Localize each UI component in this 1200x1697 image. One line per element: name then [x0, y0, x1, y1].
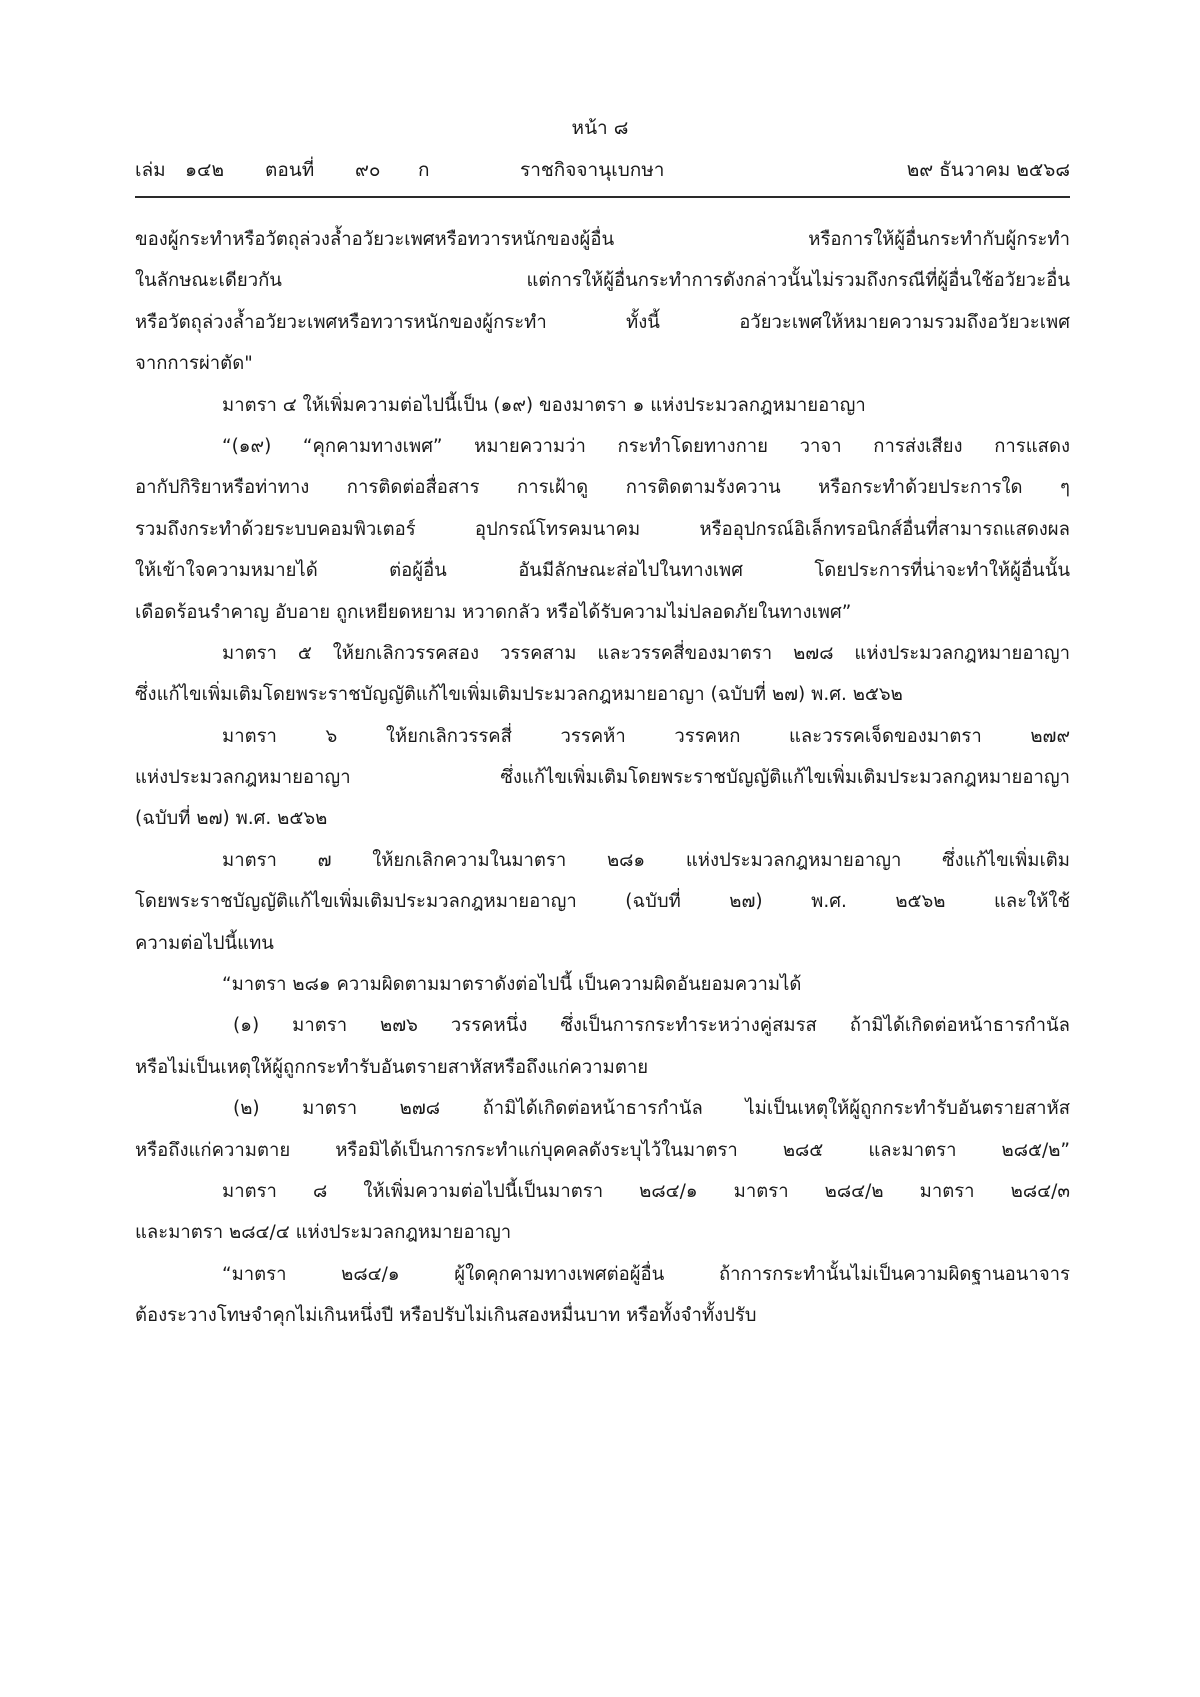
body-line: เดือดร้อนรำคาญ อับอาย ถูกเหยียดหยาม หวาด…	[135, 597, 1070, 638]
section-284-1-text: “มาตรา ๒๘๔/๑ ผู้ใดคุกคามทางเพศต่อผู้อื่น…	[135, 1259, 1070, 1300]
section-4-heading: มาตรา ๔ ให้เพิ่มความต่อไปนี้เป็น (๑๙) ขอ…	[135, 390, 1070, 431]
body-line: (ฉบับที่ ๒๗) พ.ศ. ๒๕๖๒	[135, 803, 1070, 844]
publication-date: ๒๙ ธันวาคม ๒๕๖๘	[907, 154, 1070, 186]
section-7-heading: มาตรา ๗ ให้ยกเลิกความในมาตรา ๒๘๑ แห่งประ…	[135, 845, 1070, 886]
issue-section: ก	[418, 154, 430, 186]
section-6-heading: มาตรา ๖ ให้ยกเลิกวรรคสี่ วรรคห้า วรรคหก …	[135, 721, 1070, 762]
body-line: ให้เข้าใจความหมายได้ ต่อผู้อื่น อันมีลัก…	[135, 555, 1070, 596]
body-line: ต้องระวางโทษจำคุกไม่เกินหนึ่งปี หรือปรับ…	[135, 1300, 1070, 1341]
section-5-heading: มาตรา ๕ ให้ยกเลิกวรรคสอง วรรคสาม และวรรค…	[135, 638, 1070, 679]
body-line: รวมถึงกระทำด้วยระบบคอมพิวเตอร์ อุปกรณ์โท…	[135, 514, 1070, 555]
body-line: และมาตรา ๒๘๔/๔ แห่งประมวลกฎหมายอาญา	[135, 1217, 1070, 1258]
publication-title: ราชกิจจานุเบกษา	[520, 154, 664, 186]
body-line: ซึ่งแก้ไขเพิ่มเติมโดยพระราชบัญญัติแก้ไขเ…	[135, 679, 1070, 720]
body-line: ของผู้กระทำหรือวัตถุล่วงล้ำอวัยวะเพศหรือ…	[135, 224, 1070, 265]
volume-number: ๑๔๒	[185, 154, 224, 186]
document-body: ของผู้กระทำหรือวัตถุล่วงล้ำอวัยวะเพศหรือ…	[135, 224, 1070, 1342]
issue-label: ตอนที่	[265, 154, 314, 186]
body-line: หรือถึงแก่ความตาย หรือมิได้เป็นการกระทำแ…	[135, 1135, 1070, 1176]
body-line: หรือวัตถุล่วงล้ำอวัยวะเพศหรือทวารหนักของ…	[135, 307, 1070, 348]
body-line: ในลักษณะเดียวกัน แต่การให้ผู้อื่นกระทำกา…	[135, 265, 1070, 306]
issue-number: ๙๐	[355, 154, 381, 186]
header-divider	[135, 196, 1070, 198]
body-line: หรือไม่เป็นเหตุให้ผู้ถูกกระทำรับอันตรายส…	[135, 1052, 1070, 1093]
subsection-1: (๑) มาตรา ๒๗๖ วรรคหนึ่ง ซึ่งเป็นการกระทำ…	[135, 1010, 1070, 1051]
volume-label: เล่ม	[135, 154, 166, 186]
gazette-header: เล่ม ๑๔๒ ตอนที่ ๙๐ ก ราชกิจจานุเบกษา ๒๙ …	[135, 154, 1070, 186]
body-line: จากการผ่าตัด"	[135, 348, 1070, 389]
body-line: ความต่อไปนี้แทน	[135, 928, 1070, 969]
body-line: โดยพระราชบัญญัติแก้ไขเพิ่มเติมประมวลกฎหม…	[135, 886, 1070, 927]
document-page: หน้า ๘ เล่ม ๑๔๒ ตอนที่ ๙๐ ก ราชกิจจานุเบ…	[0, 0, 1200, 1697]
subsection-2: (๒) มาตรา ๒๗๘ ถ้ามิได้เกิดต่อหน้าธารกำนั…	[135, 1093, 1070, 1134]
body-line: “(๑๙) “คุกคามทางเพศ” หมายความว่า กระทำโด…	[135, 431, 1070, 472]
body-line: แห่งประมวลกฎหมายอาญา ซึ่งแก้ไขเพิ่มเติมโ…	[135, 762, 1070, 803]
page-number: หน้า ๘	[0, 114, 1200, 142]
body-line: อากัปกิริยาหรือท่าทาง การติดต่อสื่อสาร ก…	[135, 472, 1070, 513]
section-8-heading: มาตรา ๘ ให้เพิ่มความต่อไปนี้เป็นมาตรา ๒๘…	[135, 1176, 1070, 1217]
section-281-text: “มาตรา ๒๘๑ ความผิดตามมาตราดังต่อไปนี้ เป…	[135, 969, 1070, 1010]
